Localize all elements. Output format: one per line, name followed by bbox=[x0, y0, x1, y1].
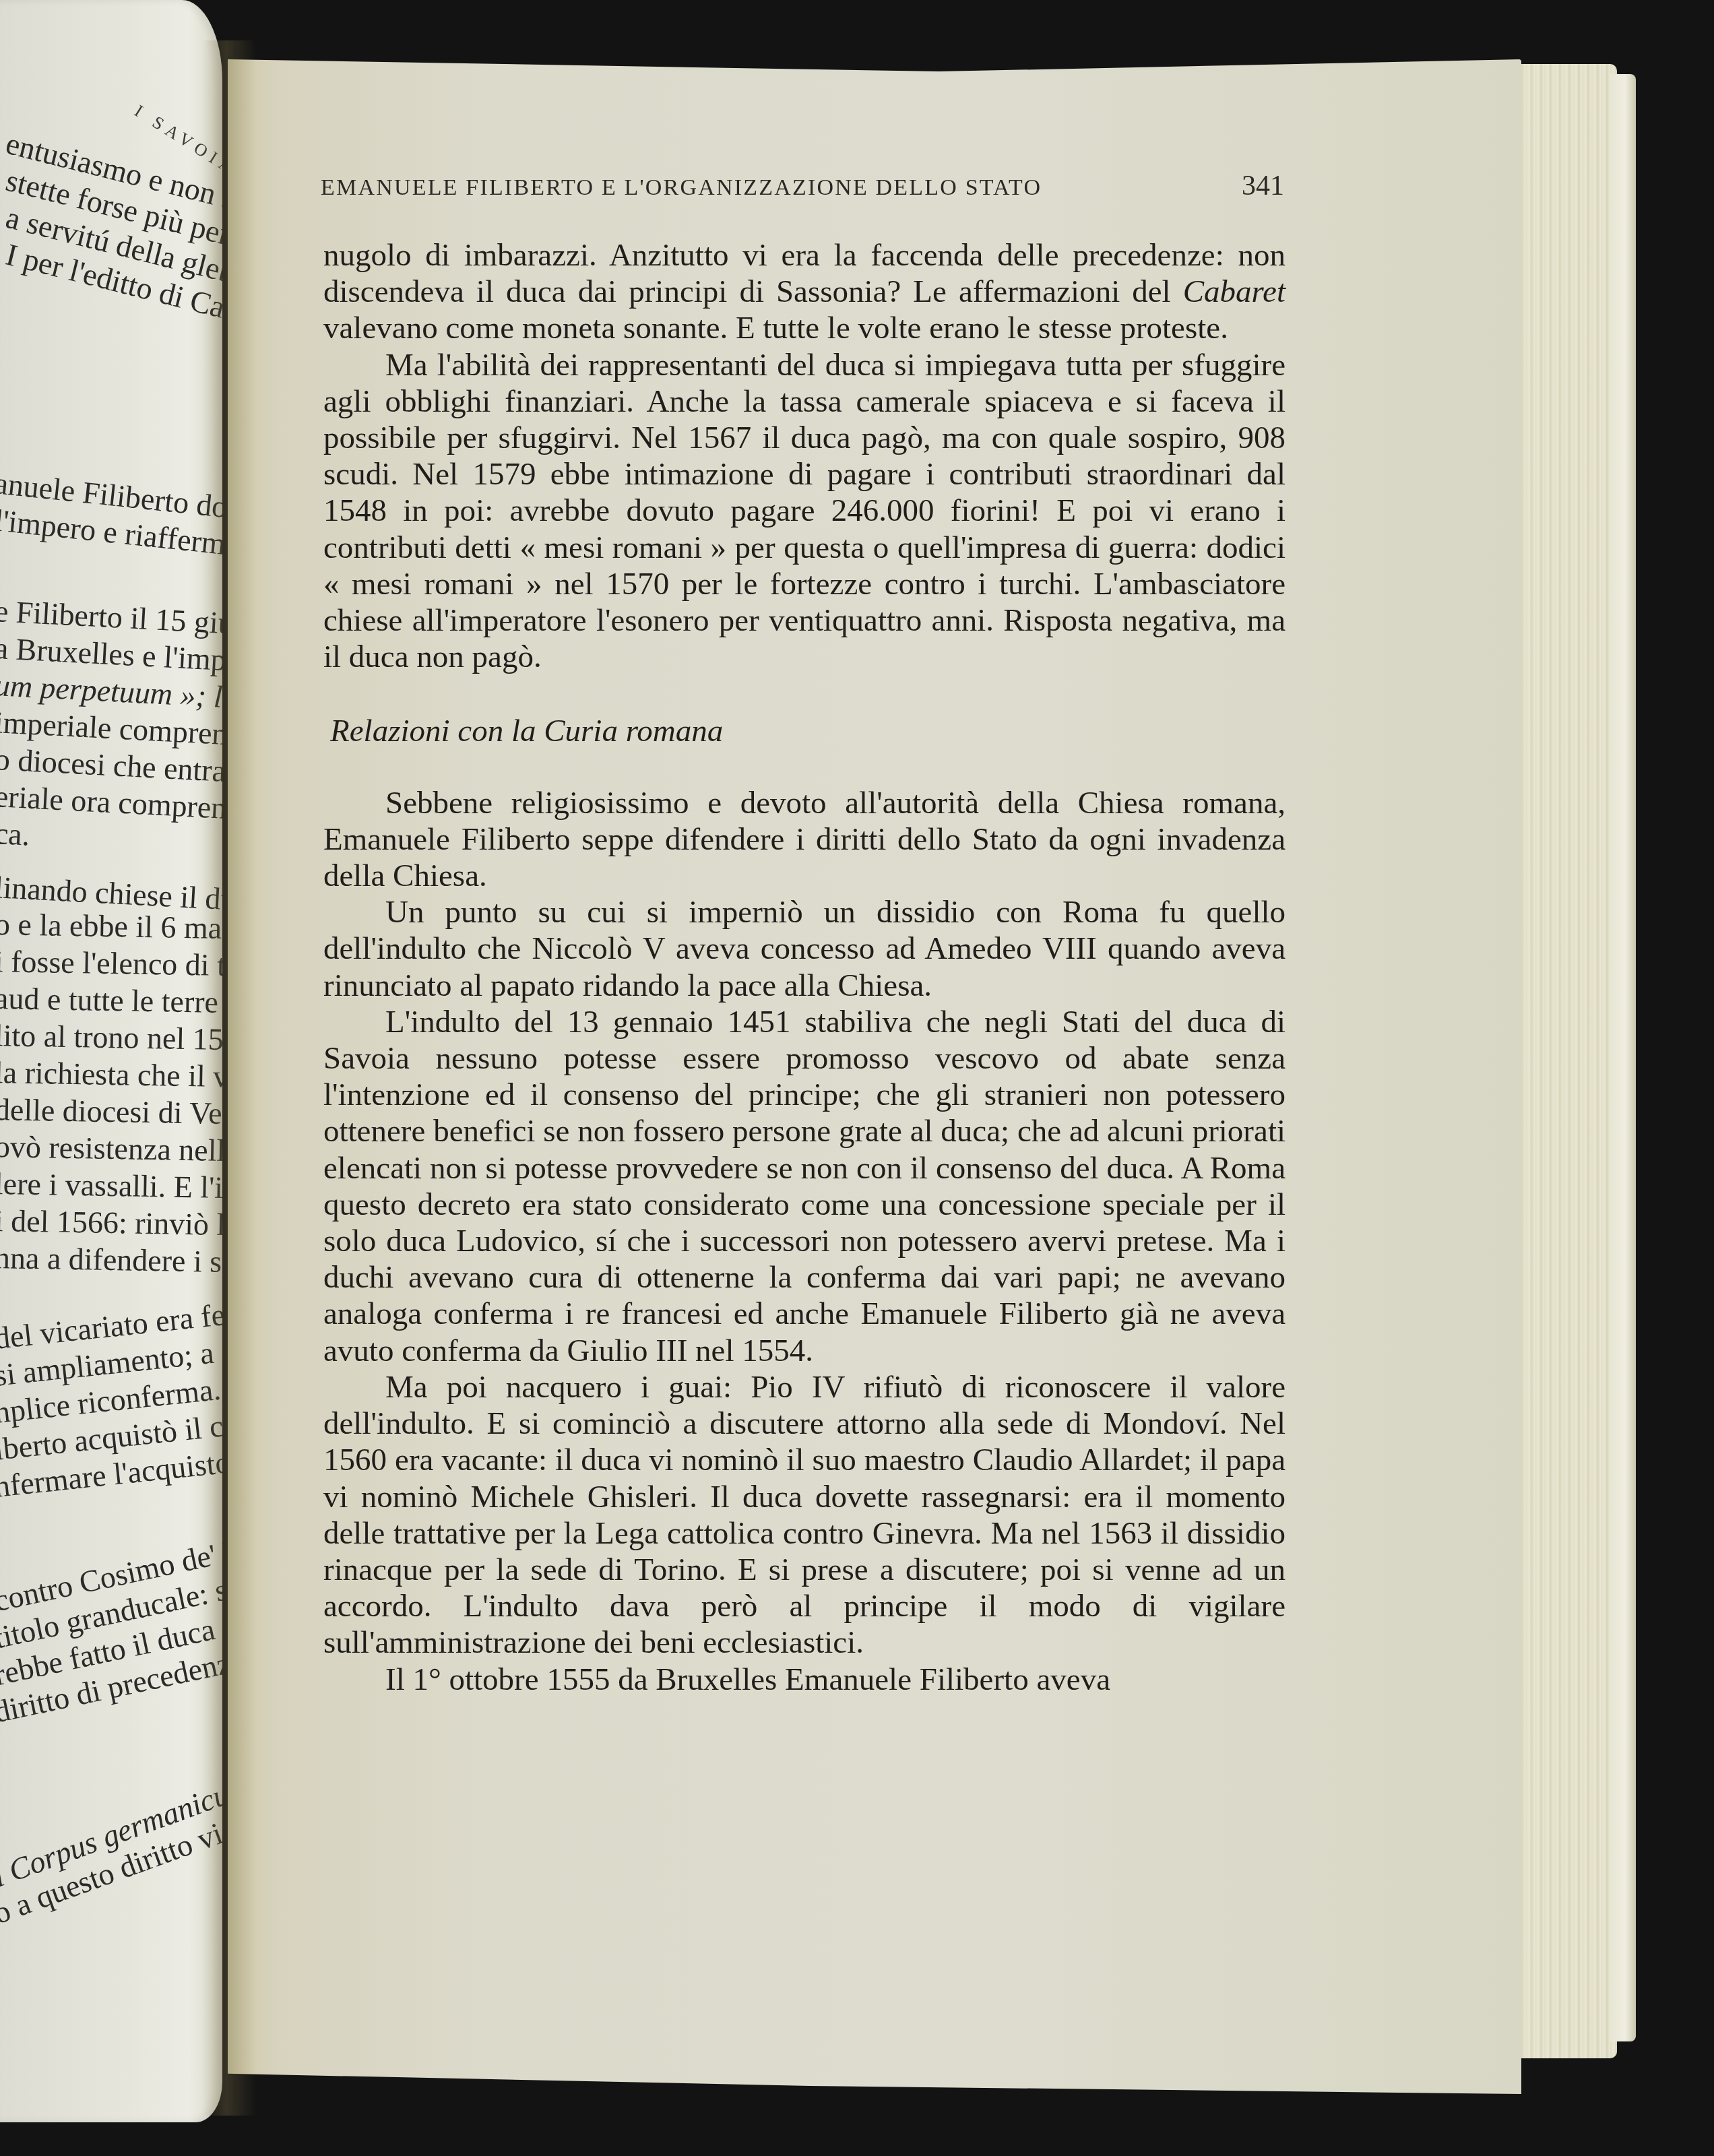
paragraph: Ma poi nacquero i guai: Pio IV rifiutò d… bbox=[323, 1369, 1285, 1661]
left-page-line: lere i vassalli. E l'imperatore bbox=[0, 1166, 222, 1207]
page-edges bbox=[1516, 64, 1617, 2058]
left-page-line: nna a difendere i suoi interessi bbox=[0, 1240, 222, 1282]
paragraph: L'indulto del 13 gennaio 1451 stabiliva … bbox=[323, 1004, 1285, 1369]
left-page: I SAVOIA entusiasmo e non sentivastette … bbox=[0, 0, 222, 2122]
book-photo: I SAVOIA entusiasmo e non sentivastette … bbox=[0, 0, 1714, 2156]
italic-title: Cabaret bbox=[1183, 274, 1285, 309]
paragraph: Sebbene religiosissimo e devoto all'auto… bbox=[323, 785, 1285, 895]
running-head: EMANUELE FILIBERTO E L'ORGANIZZAZIONE DE… bbox=[321, 170, 1284, 202]
left-page-line: ovò resistenza nell'imperatore bbox=[0, 1129, 222, 1171]
paragraph: Un punto su cui si imperniò un dissidio … bbox=[323, 894, 1285, 1004]
left-page-line: delle diocesi di Ventimiglia bbox=[0, 1091, 222, 1133]
left-page-line: aud e tutte le terre occupate bbox=[0, 980, 222, 1022]
left-page-line: ca. bbox=[0, 815, 31, 853]
section-heading: Relazioni con la Curia romana bbox=[330, 713, 1285, 749]
left-page-line: i fosse l'elenco di tutti i feudi bbox=[0, 943, 222, 985]
left-page-line: o e la ebbe il 6 marzo 1562 bbox=[0, 906, 222, 948]
body-text: nugolo di imbarazzi. Anzitutto vi era la… bbox=[323, 237, 1285, 1698]
page-number: 341 bbox=[1242, 170, 1284, 202]
paragraph: Il 1° ottobre 1555 da Bruxelles Emanuele… bbox=[323, 1661, 1285, 1698]
left-page-line: lito al trono nel 1564, il duca bbox=[0, 1017, 222, 1059]
left-page-line: i del 1566: rinviò la decisione bbox=[0, 1203, 222, 1245]
paragraph: Ma l'abilità dei rappresentanti del duca… bbox=[323, 347, 1285, 676]
left-page-line: la richiesta che il vicariato bbox=[0, 1054, 222, 1096]
paragraph: nugolo di imbarazzi. Anzitutto vi era la… bbox=[323, 237, 1285, 347]
running-title: EMANUELE FILIBERTO E L'ORGANIZZAZIONE DE… bbox=[321, 175, 1042, 201]
